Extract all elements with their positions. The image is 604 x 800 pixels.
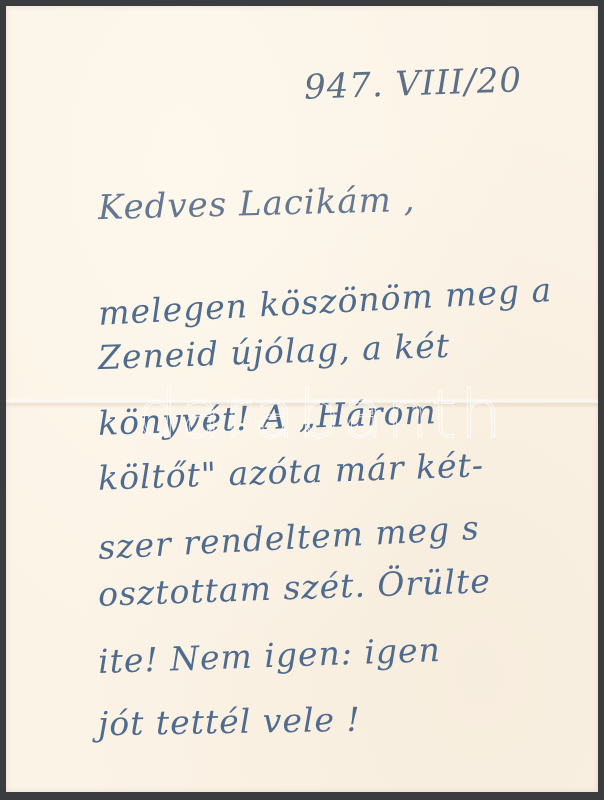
- letter-body-line: osztottam szét. Örülte: [97, 561, 491, 614]
- letter-body-line: ite! Nem igen: igen: [97, 630, 441, 681]
- letter-body-line: Zeneid újólag, a két: [97, 326, 450, 377]
- letter-body-line: költőt" azóta már két-: [97, 445, 484, 497]
- letter-body-line: szer rendeltem meg s: [97, 508, 480, 567]
- letter-paper: 947. VIII/20 Kedves Lacikám , melegen kö…: [6, 6, 598, 792]
- letter-body-line: melegen köszönöm meg a: [97, 270, 553, 333]
- watermark: darabanth: [136, 376, 505, 453]
- letter-body-line: jót tettél vele !: [98, 700, 361, 744]
- letter-salutation: Kedves Lacikám ,: [98, 180, 416, 228]
- letter-date: 947. VIII/20: [303, 60, 522, 108]
